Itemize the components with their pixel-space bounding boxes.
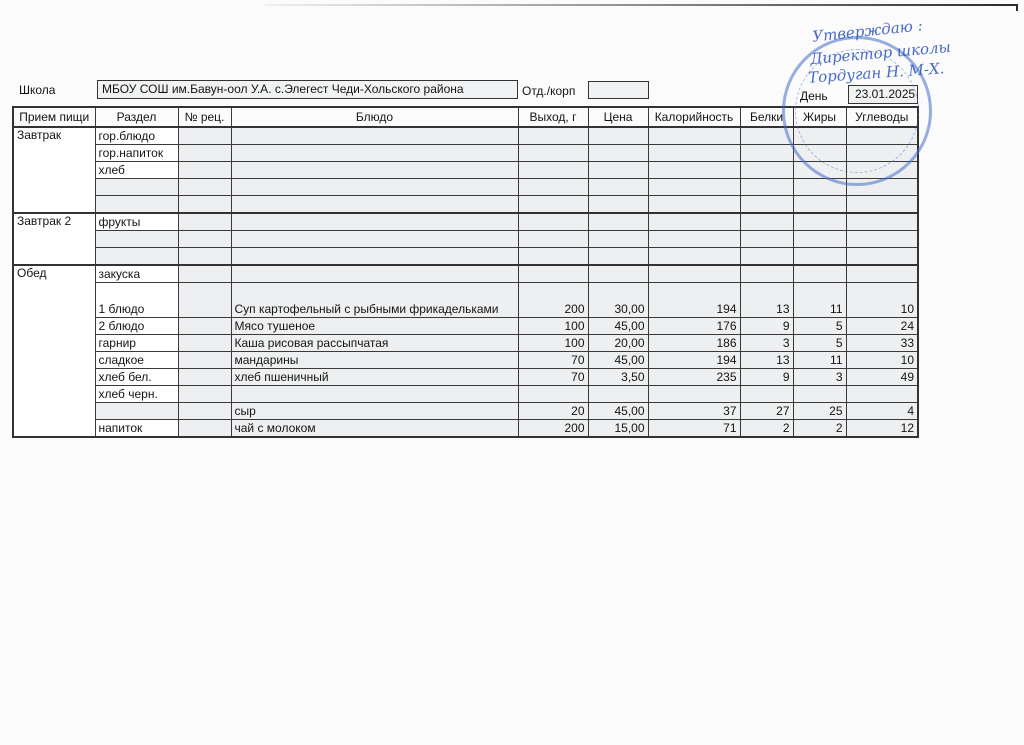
col-section: Раздел xyxy=(95,107,178,127)
fat-cell xyxy=(793,386,846,403)
meal-cell: Завтрак xyxy=(13,127,95,213)
section-cell: фрукты xyxy=(95,213,178,231)
recipe-cell xyxy=(178,127,231,145)
fat-cell xyxy=(793,196,846,214)
dish-cell xyxy=(231,248,518,266)
approval-line-1: Утверждаю : xyxy=(811,16,923,45)
dish-cell xyxy=(231,196,518,214)
section-cell: хлеб черн. xyxy=(95,386,178,403)
yield-cell xyxy=(518,386,588,403)
dish-cell: чай с молоком xyxy=(231,420,518,438)
price-cell: 15,00 xyxy=(588,420,648,438)
protein-cell xyxy=(740,265,793,283)
recipe-cell xyxy=(178,335,231,352)
carbs-cell: 4 xyxy=(846,403,918,420)
price-cell: 3,50 xyxy=(588,369,648,386)
section-cell xyxy=(95,248,178,266)
protein-cell: 13 xyxy=(740,283,793,318)
kcal-cell: 186 xyxy=(648,335,740,352)
price-cell xyxy=(588,179,648,196)
price-cell: 45,00 xyxy=(588,318,648,335)
fat-cell: 5 xyxy=(793,318,846,335)
yield-cell xyxy=(518,231,588,248)
yield-cell: 70 xyxy=(518,369,588,386)
carbs-cell: 33 xyxy=(846,335,918,352)
recipe-cell xyxy=(178,196,231,214)
fat-cell: 25 xyxy=(793,403,846,420)
yield-cell: 20 xyxy=(518,403,588,420)
carbs-cell xyxy=(846,196,918,214)
recipe-cell xyxy=(178,403,231,420)
section-cell: 1 блюдо xyxy=(95,283,178,318)
section-cell: хлеб бел. xyxy=(95,369,178,386)
yield-cell: 200 xyxy=(518,420,588,438)
yield-cell xyxy=(518,196,588,214)
dish-cell xyxy=(231,213,518,231)
protein-cell xyxy=(740,145,793,162)
protein-cell xyxy=(740,196,793,214)
recipe-cell xyxy=(178,162,231,179)
recipe-cell xyxy=(178,248,231,266)
table-row: 2 блюдоМясо тушеное10045,001769524 xyxy=(13,318,918,335)
kcal-cell xyxy=(648,127,740,145)
dish-cell xyxy=(231,386,518,403)
price-cell xyxy=(588,213,648,231)
col-protein: Белки xyxy=(740,107,793,127)
dish-cell xyxy=(231,265,518,283)
table-row: Обедзакуска xyxy=(13,265,918,283)
recipe-cell xyxy=(178,231,231,248)
table-row: напитокчай с молоком20015,00712212 xyxy=(13,420,918,438)
yield-cell: 70 xyxy=(518,352,588,369)
protein-cell xyxy=(740,386,793,403)
protein-cell: 27 xyxy=(740,403,793,420)
fat-cell: 3 xyxy=(793,369,846,386)
col-price: Цена xyxy=(588,107,648,127)
table-row xyxy=(13,196,918,214)
section-cell xyxy=(95,403,178,420)
price-cell xyxy=(588,231,648,248)
fat-cell xyxy=(793,127,846,145)
carbs-cell xyxy=(846,248,918,266)
section-cell: гарнир xyxy=(95,335,178,352)
carbs-cell xyxy=(846,127,918,145)
meal-cell: Завтрак 2 xyxy=(13,213,95,265)
kcal-cell xyxy=(648,248,740,266)
col-yield: Выход, г xyxy=(518,107,588,127)
recipe-cell xyxy=(178,352,231,369)
carbs-cell xyxy=(846,386,918,403)
dept-field[interactable] xyxy=(588,81,649,99)
section-cell: гор.блюдо xyxy=(95,127,178,145)
table-row: Завтрак 2фрукты xyxy=(13,213,918,231)
kcal-cell: 37 xyxy=(648,403,740,420)
price-cell: 45,00 xyxy=(588,403,648,420)
kcal-cell xyxy=(648,196,740,214)
school-field[interactable]: МБОУ СОШ им.Бавун-оол У.А. с.Элегест Чед… xyxy=(97,80,518,99)
table-row: сыр2045,003727254 xyxy=(13,403,918,420)
scan-edge-line xyxy=(265,4,1017,6)
table-row: Завтракгор.блюдо xyxy=(13,127,918,145)
price-cell xyxy=(588,265,648,283)
kcal-cell: 194 xyxy=(648,352,740,369)
dept-label: Отд./корп xyxy=(522,84,575,98)
protein-cell xyxy=(740,213,793,231)
fat-cell xyxy=(793,248,846,266)
kcal-cell: 194 xyxy=(648,283,740,318)
col-kcal: Калорийность xyxy=(648,107,740,127)
kcal-cell xyxy=(648,162,740,179)
section-cell: закуска xyxy=(95,265,178,283)
dish-cell xyxy=(231,127,518,145)
dish-cell: Каша рисовая рассыпчатая xyxy=(231,335,518,352)
col-recipe: № рец. xyxy=(178,107,231,127)
table-row: гарнирКаша рисовая рассыпчатая10020,0018… xyxy=(13,335,918,352)
fat-cell: 11 xyxy=(793,352,846,369)
dish-cell: Суп картофельный с рыбными фрикадельками xyxy=(231,283,518,318)
col-meal: Прием пищи xyxy=(13,107,95,127)
yield-cell xyxy=(518,265,588,283)
table-row: гор.напиток xyxy=(13,145,918,162)
price-cell: 30,00 xyxy=(588,283,648,318)
kcal-cell xyxy=(648,213,740,231)
carbs-cell xyxy=(846,265,918,283)
table-row: сладкоемандарины7045,00194131110 xyxy=(13,352,918,369)
carbs-cell xyxy=(846,145,918,162)
kcal-cell xyxy=(648,145,740,162)
price-cell xyxy=(588,386,648,403)
dish-cell: сыр xyxy=(231,403,518,420)
kcal-cell xyxy=(648,386,740,403)
section-cell: сладкое xyxy=(95,352,178,369)
protein-cell xyxy=(740,248,793,266)
fat-cell: 11 xyxy=(793,283,846,318)
school-label: Школа xyxy=(19,83,55,97)
col-carbs: Углеводы xyxy=(846,107,918,127)
fat-cell xyxy=(793,179,846,196)
recipe-cell xyxy=(178,213,231,231)
dish-cell: хлеб пшеничный xyxy=(231,369,518,386)
carbs-cell xyxy=(846,162,918,179)
price-cell xyxy=(588,162,648,179)
scan-edge-tick xyxy=(1016,4,1018,11)
fat-cell xyxy=(793,145,846,162)
protein-cell: 13 xyxy=(740,352,793,369)
table-row: хлеб xyxy=(13,162,918,179)
protein-cell xyxy=(740,179,793,196)
carbs-cell: 24 xyxy=(846,318,918,335)
fat-cell xyxy=(793,213,846,231)
kcal-cell xyxy=(648,231,740,248)
recipe-cell xyxy=(178,318,231,335)
carbs-cell xyxy=(846,179,918,196)
yield-cell xyxy=(518,179,588,196)
price-cell: 45,00 xyxy=(588,352,648,369)
header-row: Прием пищи Раздел № рец. Блюдо Выход, г … xyxy=(13,107,918,127)
yield-cell xyxy=(518,145,588,162)
kcal-cell: 71 xyxy=(648,420,740,438)
carbs-cell: 10 xyxy=(846,352,918,369)
kcal-cell xyxy=(648,265,740,283)
protein-cell xyxy=(740,127,793,145)
section-cell: хлеб xyxy=(95,162,178,179)
section-cell xyxy=(95,231,178,248)
section-cell: гор.напиток xyxy=(95,145,178,162)
table-row xyxy=(13,179,918,196)
price-cell: 20,00 xyxy=(588,335,648,352)
dish-cell xyxy=(231,179,518,196)
yield-cell: 100 xyxy=(518,318,588,335)
yield-cell xyxy=(518,127,588,145)
yield-cell: 100 xyxy=(518,335,588,352)
recipe-cell xyxy=(178,369,231,386)
protein-cell xyxy=(740,231,793,248)
yield-cell xyxy=(518,248,588,266)
yield-cell xyxy=(518,162,588,179)
col-dish: Блюдо xyxy=(231,107,518,127)
yield-cell xyxy=(518,213,588,231)
kcal-cell: 235 xyxy=(648,369,740,386)
fat-cell xyxy=(793,265,846,283)
price-cell xyxy=(588,196,648,214)
kcal-cell xyxy=(648,179,740,196)
section-cell xyxy=(95,179,178,196)
price-cell xyxy=(588,248,648,266)
approval-line-2: Директор школы xyxy=(809,38,951,68)
recipe-cell xyxy=(178,420,231,438)
price-cell xyxy=(588,145,648,162)
fat-cell: 2 xyxy=(793,420,846,438)
menu-table: Прием пищи Раздел № рец. Блюдо Выход, г … xyxy=(12,106,919,438)
protein-cell: 9 xyxy=(740,369,793,386)
protein-cell: 2 xyxy=(740,420,793,438)
carbs-cell xyxy=(846,213,918,231)
carbs-cell: 49 xyxy=(846,369,918,386)
kcal-cell: 176 xyxy=(648,318,740,335)
table-row xyxy=(13,231,918,248)
recipe-cell xyxy=(178,265,231,283)
table-row: хлеб бел.хлеб пшеничный703,502359349 xyxy=(13,369,918,386)
protein-cell: 3 xyxy=(740,335,793,352)
recipe-cell xyxy=(178,283,231,318)
recipe-cell xyxy=(178,145,231,162)
dish-cell xyxy=(231,231,518,248)
day-field[interactable]: 23.01.2025 xyxy=(848,85,918,104)
carbs-cell: 12 xyxy=(846,420,918,438)
fat-cell xyxy=(793,162,846,179)
day-label: День xyxy=(800,89,828,103)
protein-cell xyxy=(740,162,793,179)
recipe-cell xyxy=(178,386,231,403)
col-fat: Жиры xyxy=(793,107,846,127)
carbs-cell: 10 xyxy=(846,283,918,318)
yield-cell: 200 xyxy=(518,283,588,318)
price-cell xyxy=(588,127,648,145)
table-row: хлеб черн. xyxy=(13,386,918,403)
section-cell: напиток xyxy=(95,420,178,438)
carbs-cell xyxy=(846,231,918,248)
protein-cell: 9 xyxy=(740,318,793,335)
dish-cell xyxy=(231,162,518,179)
section-cell xyxy=(95,196,178,214)
recipe-cell xyxy=(178,179,231,196)
meal-cell: Обед xyxy=(13,265,95,437)
fat-cell xyxy=(793,231,846,248)
table-row: 1 блюдоСуп картофельный с рыбными фрикад… xyxy=(13,283,918,318)
approval-signature: Тордуган Н. М-Х. xyxy=(808,59,945,86)
dish-cell xyxy=(231,145,518,162)
table-row xyxy=(13,248,918,266)
dish-cell: Мясо тушеное xyxy=(231,318,518,335)
fat-cell: 5 xyxy=(793,335,846,352)
dish-cell: мандарины xyxy=(231,352,518,369)
section-cell: 2 блюдо xyxy=(95,318,178,335)
